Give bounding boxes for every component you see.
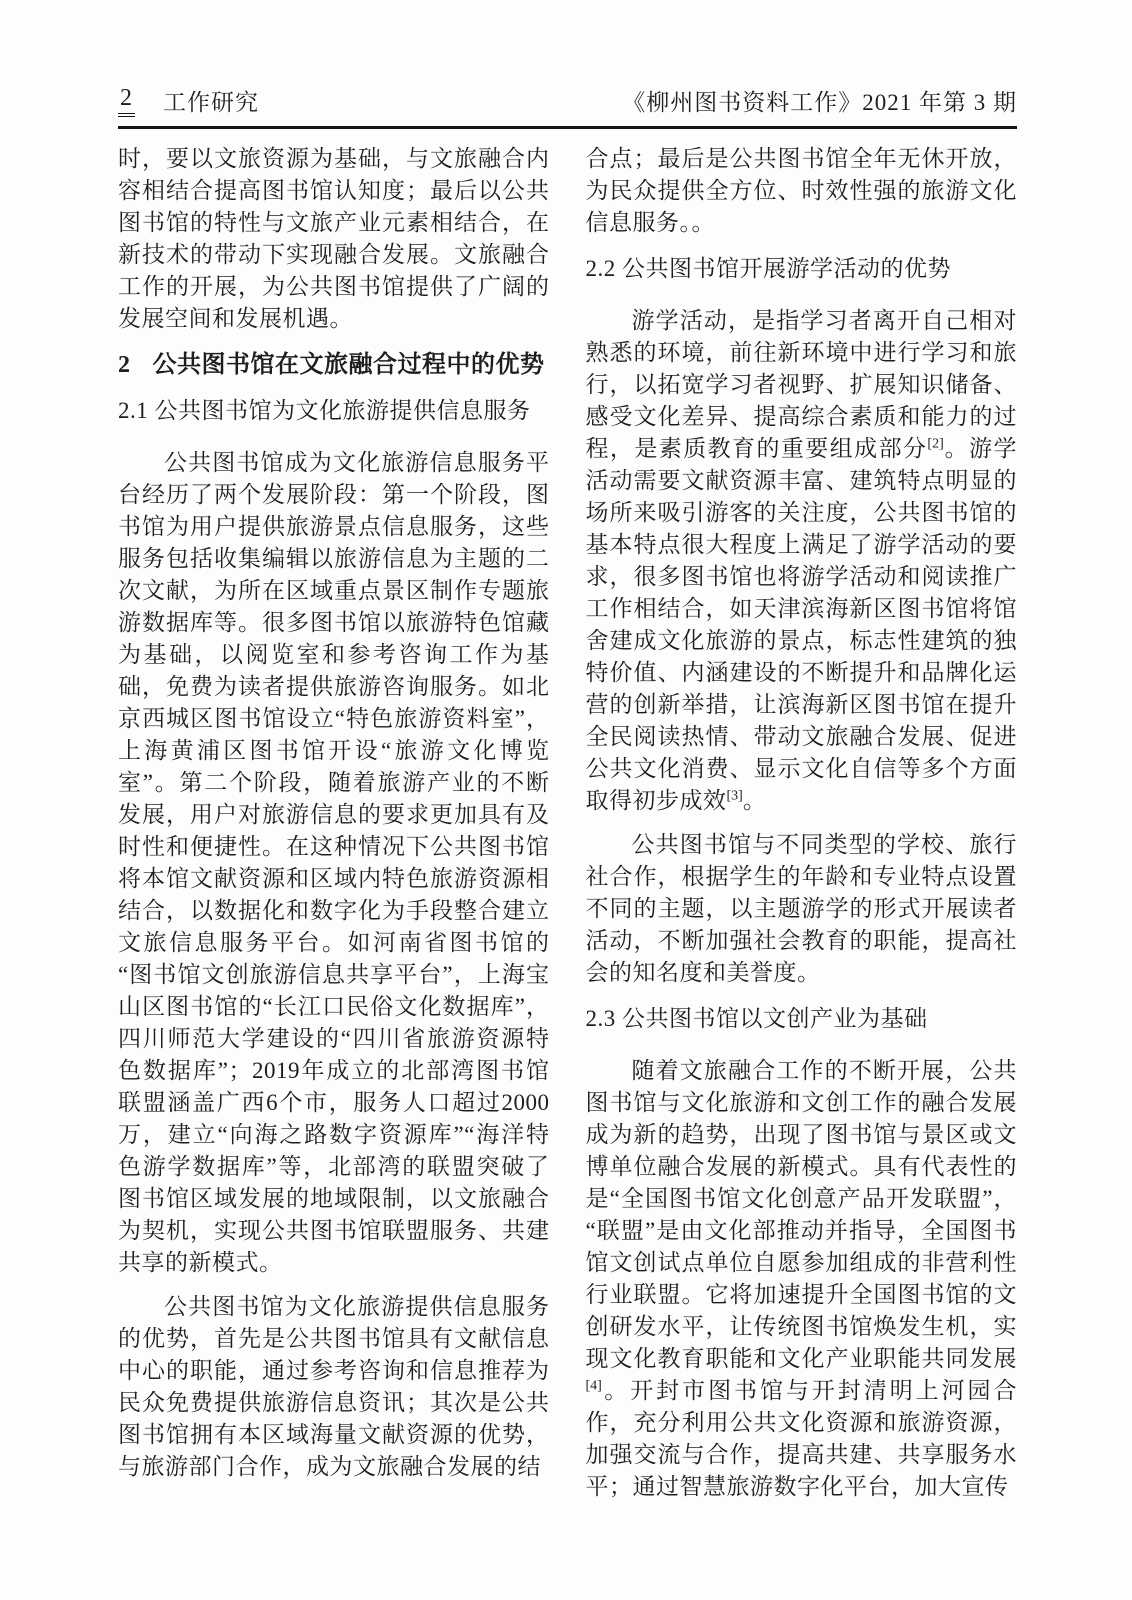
paragraph-school-coop: 公共图书馆与不同类型的学校、旅行社合作，根据学生的年龄和专业特点设置不同的主题，…	[586, 829, 1018, 989]
cultural-creative-text-1: 随着文旅融合工作的不断开展，公共图书馆与文化旅游和文创工作的融合发展成为新的趋势…	[586, 1058, 1018, 1371]
subsection-heading-2-1: 2.1 公共图书馆为文化旅游提供信息服务	[118, 395, 550, 427]
cultural-creative-text-2: 。开封市图书馆与开封清明上河园合作，充分利用公共文化资源和旅游资源，加强交流与合…	[586, 1378, 1018, 1499]
subsection-heading-2-2: 2.2 公共图书馆开展游学活动的优势	[586, 253, 1018, 285]
journal-page: 2 工作研究 《柳州图书资料工作》2021 年第 3 期 时，要以文旅资源为基础…	[0, 0, 1132, 1600]
subsection-heading-2-3: 2.3 公共图书馆以文创产业为基础	[586, 1003, 1018, 1035]
citation-ref-2: [2]	[927, 436, 943, 451]
paragraph-advantage: 公共图书馆为文化旅游提供信息服务的优势，首先是公共图书馆具有文献信息中心的职能，…	[118, 1291, 550, 1483]
study-tour-text-2: 。游学活动需要文献资源丰富、建筑特点明显的场所来吸引游客的关注度，公共图书馆的基…	[586, 436, 1018, 813]
left-column: 时，要以文旅资源为基础，与文旅融合内容相结合提高图书馆认知度；最后以公共图书馆的…	[118, 143, 550, 1515]
journal-issue-label: 《柳州图书资料工作》2021 年第 3 期	[622, 84, 1017, 117]
paragraph-cultural-creative: 随着文旅融合工作的不断开展，公共图书馆与文化旅游和文创工作的融合发展成为新的趋势…	[586, 1055, 1018, 1503]
section-label: 工作研究	[163, 84, 259, 117]
citation-ref-4: [4]	[586, 1378, 602, 1393]
page-header: 2 工作研究 《柳州图书资料工作》2021 年第 3 期	[118, 84, 1017, 129]
section-heading-2: 2公共图书馆在文旅融合过程中的优势	[118, 349, 550, 381]
section-heading-title: 公共图书馆在文旅融合过程中的优势	[153, 352, 545, 378]
page-number: 2	[118, 86, 135, 117]
study-tour-text-3: 。	[743, 788, 767, 813]
paragraph-continuation: 时，要以文旅资源为基础，与文旅融合内容相结合提高图书馆认知度；最后以公共图书馆的…	[118, 143, 550, 335]
section-heading-number: 2	[118, 352, 131, 378]
paragraph-continuation-right: 合点；最后是公共图书馆全年无休开放，为民众提供全方位、时效性强的旅游文化信息服务…	[586, 143, 1018, 239]
two-column-body: 时，要以文旅资源为基础，与文旅融合内容相结合提高图书馆认知度；最后以公共图书馆的…	[118, 143, 1017, 1515]
right-column: 合点；最后是公共图书馆全年无休开放，为民众提供全方位、时效性强的旅游文化信息服务…	[586, 143, 1018, 1515]
citation-ref-3: [3]	[727, 788, 743, 803]
paragraph-info-platform: 公共图书馆成为文化旅游信息服务平台经历了两个发展阶段：第一个阶段，图书馆为用户提…	[118, 447, 550, 1279]
header-left: 2 工作研究	[118, 84, 259, 117]
paragraph-study-tour: 游学活动，是指学习者离开自己相对熟悉的环境，前往新环境中进行学习和旅行，以拓宽学…	[586, 305, 1018, 817]
